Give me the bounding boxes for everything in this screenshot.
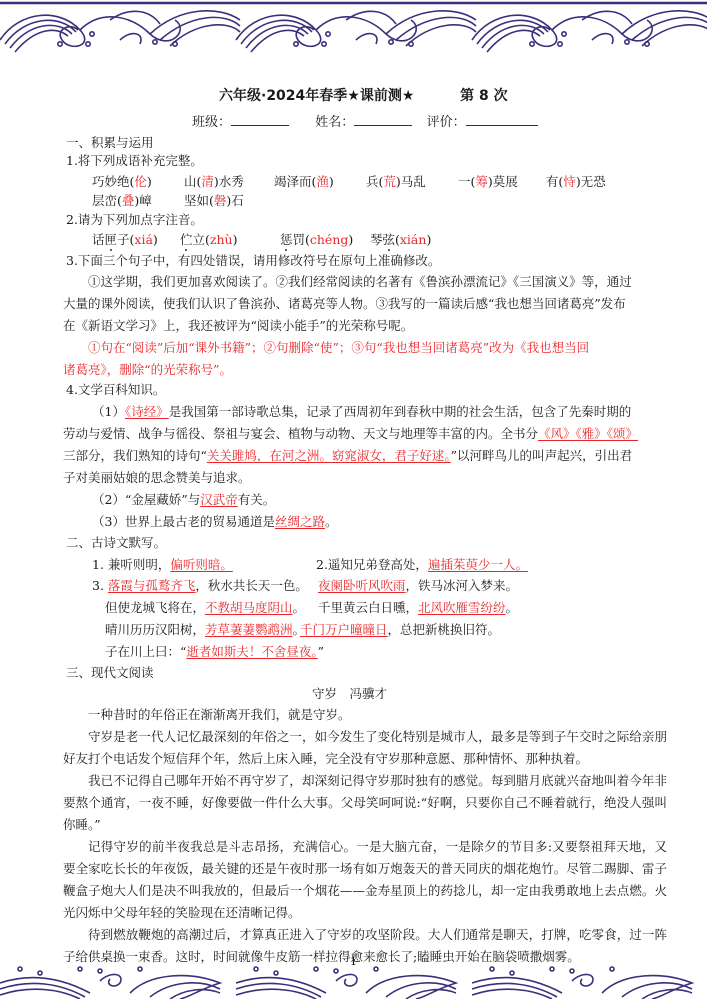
poem-row: 1. 兼听则明，偏听则暗。	[92, 557, 233, 573]
section-2-heading: 二、古诗文默写。	[66, 535, 166, 551]
idiom-item: 巧妙绝(伦)	[92, 174, 180, 190]
article-paragraph: 我已不记得自己哪年开始不再守岁了，却深刻记得守岁那时独有的感觉。每到腊月底就兴奋…	[63, 770, 667, 836]
name-label: 姓名：	[315, 115, 354, 130]
poem-row: 晴川历历汉阳树，芳草萋萋鹦鹉洲。	[105, 622, 305, 638]
poem-row: 子在川上曰：“逝者如斯夫！不舍昼夜。”	[105, 644, 324, 660]
q3-text-line: ①这学期，我们更加喜欢阅读了。②我们经常阅读的名著有《鲁滨孙漂流记》《三国演义》…	[88, 274, 632, 290]
answer-feng-ya-song: 《风》《雅》《颂》	[538, 426, 638, 441]
idiom-item: 兵(荒)马乱	[366, 174, 454, 190]
q4-p1-line: 劳动与爱情、战争与徭役、祭祖与宴会、植物与动物、天文与地理等丰富的内。全书分《风…	[63, 426, 638, 442]
top-wave-border	[0, 0, 707, 62]
answer-silk-road: 丝绸之路	[275, 514, 325, 529]
q4-p2: （2）“金屋藏娇”与汉武帝有关。	[92, 492, 275, 508]
title-text: 六年级·2024年春季★课前测★	[219, 88, 414, 104]
pinyin-item: 琴弦(xián)	[370, 232, 431, 247]
idiom-item: 竭泽而(渔)	[274, 174, 362, 190]
worksheet-title: 六年级·2024年春季★课前测★ 第 8 次	[219, 88, 508, 104]
poem-row: 千门万户曈曈日，总把新桃换旧符。	[300, 622, 500, 638]
pinyin-item: 话匣子(xiá)	[92, 232, 176, 248]
class-field[interactable]	[231, 113, 289, 126]
poem-row: 千里黄云白日曛，北风吹雁雪纷纷。	[318, 600, 518, 616]
q3-text-line: 在《新语文学习》上，我还被评为“阅读小能手”的光荣称号呢。	[63, 318, 413, 334]
poem-row: 2.遥知兄弟登高处，遍插茱萸少一人。	[316, 557, 528, 573]
idiom-item: 山(清)水秀	[184, 174, 270, 190]
idiom-item: 一(筹)莫展	[458, 174, 542, 190]
answer-hanwudi: 汉武帝	[200, 492, 238, 507]
session-number: 第 8 次	[460, 88, 508, 104]
q4-p1-line: （1）《诗经》是我国第一部诗歌总集，记录了西周初年到春秋中期的社会生活，包含了先…	[92, 404, 631, 420]
pinyin-list: 话匣子(xiá) 伫立(zhù) 惩罚(chéng) 琴弦(xián)	[92, 232, 431, 248]
class-label: 班级：	[192, 115, 231, 130]
idiom-item: 有(恃)无恐	[546, 174, 606, 190]
bottom-wave-border	[0, 963, 707, 999]
article-paragraph: 一种昔时的年俗正在渐渐离开我们，就是守岁。	[63, 704, 667, 726]
section-3-heading: 三、现代文阅读	[66, 665, 154, 681]
q4-p3: （3）世界上最古老的贸易通道是丝绸之路。	[92, 514, 338, 530]
q3-prompt: 3.下面三个句子中，有四处错误，请用修改符号在原句上准确修改。	[66, 253, 440, 269]
name-field[interactable]	[354, 113, 412, 126]
pinyin-item: 伫立(zhù)	[180, 232, 276, 248]
article-paragraph: 记得守岁的前半夜我总是斗志昂扬，充满信心。一是大脑亢奋，一是除夕的节目多:又要祭…	[63, 836, 667, 924]
q3-text-line: 大量的课外阅读，使我们认识了鲁滨孙、诸葛亮等人物。③我写的一篇读后感“我也想当回…	[63, 296, 626, 312]
pinyin-item: 惩罚(chéng)	[280, 232, 366, 248]
rating-label: 评价：	[427, 115, 466, 130]
q3-answer-line: 诸葛亮》，删除“的光荣称号”。	[63, 362, 232, 378]
q4-p1-line: 三部分，我们熟知的诗句“关关雎鸠，在河之洲。窈窕淑女，君子好逑。”以河畔鸟儿的叫…	[63, 448, 632, 464]
q4-p1-line: 子对美丽姑娘的思念赞美与追求。	[63, 470, 251, 486]
q1-prompt: 1.将下列成语补充完整。	[66, 153, 203, 169]
poem-row: 夜阑卧听风吹雨，铁马冰河入梦来。	[318, 578, 518, 594]
rating-field[interactable]	[466, 113, 538, 126]
q2-prompt: 2.请为下列加点字注音。	[66, 212, 203, 228]
q4-prompt: 4.文学百科知识。	[66, 382, 165, 398]
article-title: 守岁 冯骥才	[312, 686, 387, 702]
answer-poem: 关关雎鸠，在河之洲。窈窕淑女，君子好逑。	[207, 448, 451, 463]
article-paragraph: 待到燃放鞭炮的高潮过后，才算真正进入了守岁的攻坚阶段。大人们通常是聊天，打牌，吃…	[63, 924, 667, 968]
poem-row: 但使龙城飞将在，不教胡马度阴山。	[105, 600, 305, 616]
q3-answer-line: ①句在“阅读”后加“课外书籍”；②句删除“使”；③句“我也想当回诸葛亮”改为《我…	[88, 340, 589, 356]
section-1-heading: 一、积累与运用	[66, 135, 154, 151]
article-paragraph: 守岁是老一代人记忆最深刻的年俗之一，如今发生了变化特别是城市人，最多是等到子午交…	[63, 726, 667, 770]
answer-shijing: 《诗经》	[125, 404, 169, 419]
poem-row: 3. 落霞与孤鹜齐飞，秋水共长天一色。	[92, 578, 308, 594]
student-info-row: 班级： 姓名： 评价：	[192, 113, 538, 131]
idiom-item: 层峦(叠)嶂	[92, 193, 180, 209]
idiom-list-row-1: 巧妙绝(伦) 山(清)水秀 竭泽而(渔) 兵(荒)马乱 一(筹)莫展 有(恃)无…	[92, 174, 606, 190]
idiom-item: 坚如(磐)石	[184, 193, 244, 208]
idiom-list-row-2: 层峦(叠)嶂 坚如(磐)石	[92, 193, 244, 209]
